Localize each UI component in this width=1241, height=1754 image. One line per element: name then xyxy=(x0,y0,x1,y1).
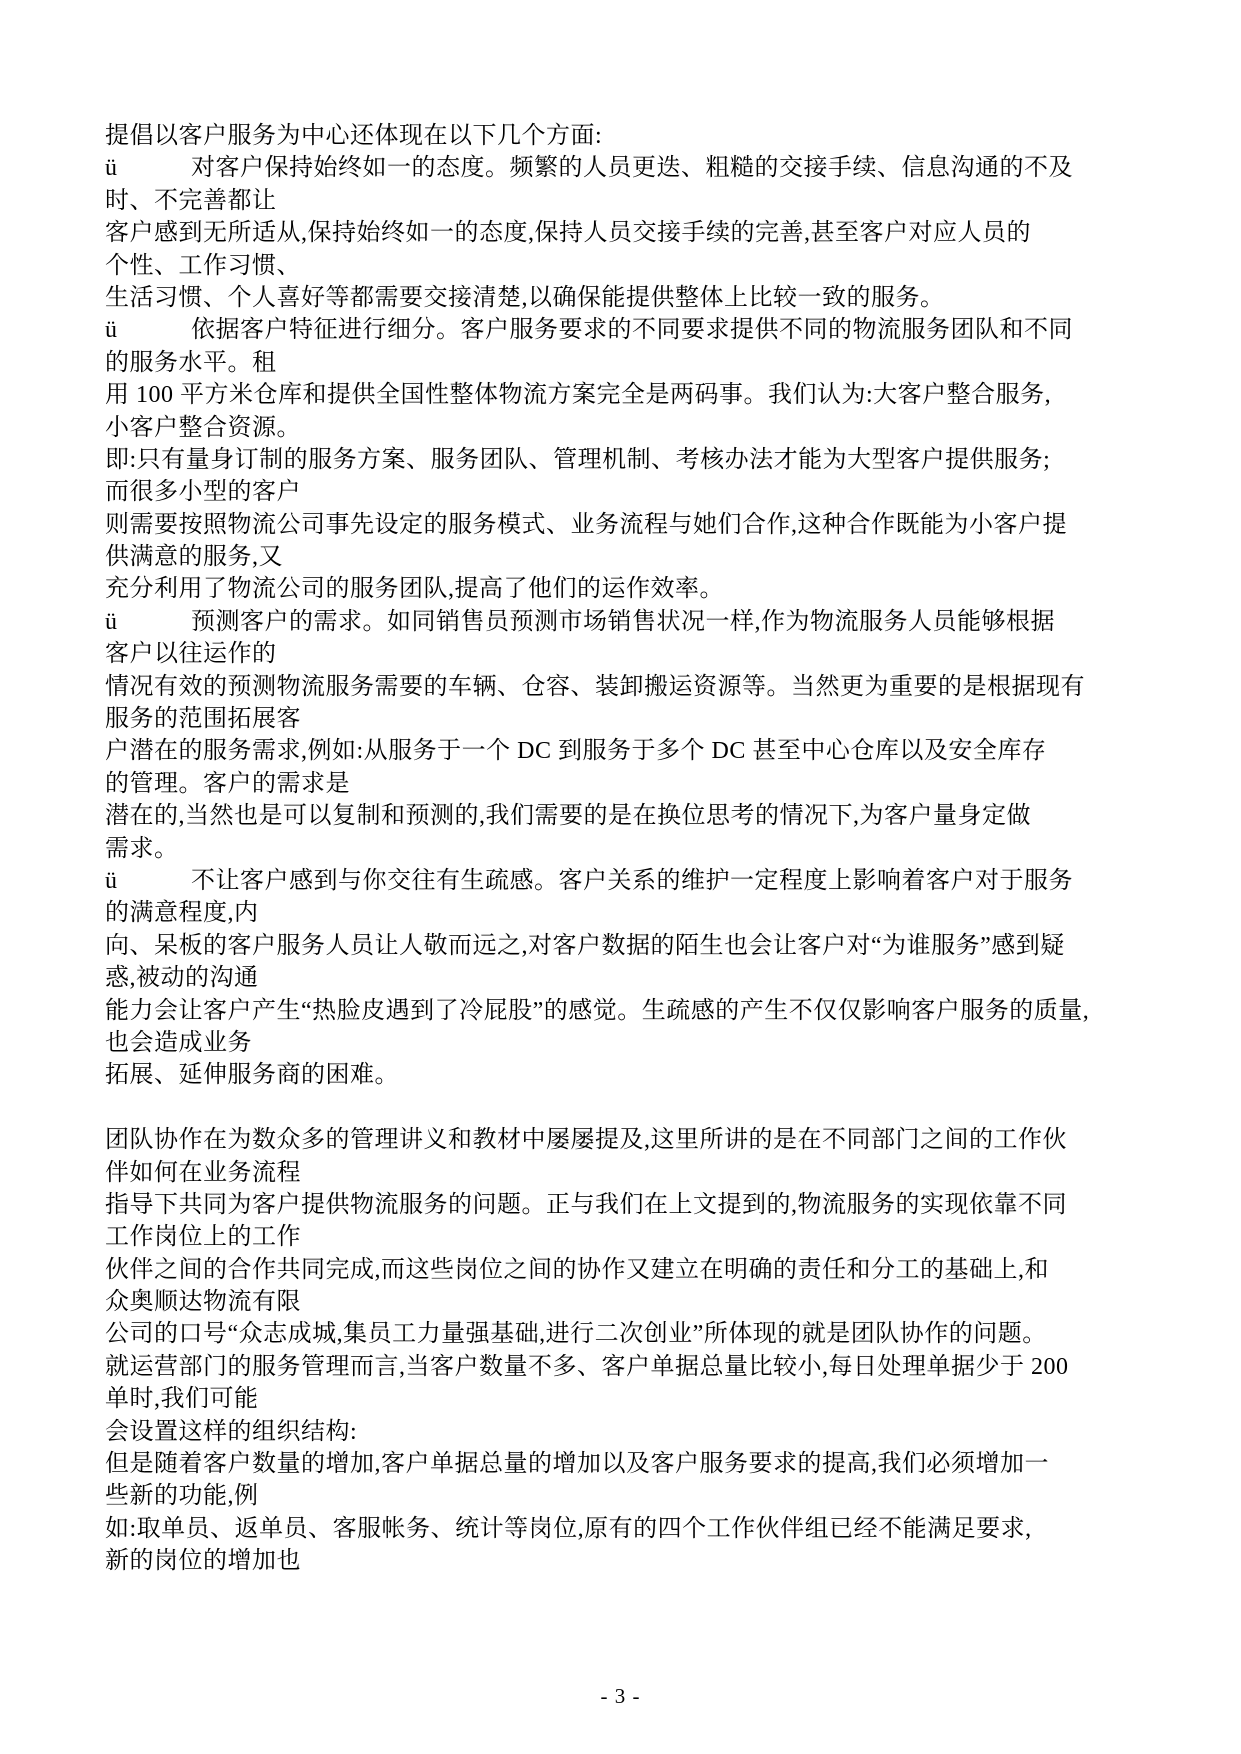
line-text: 提倡以客户服务为中心还体现在以下几个方面: xyxy=(105,123,602,149)
line-text: 潜在的,当然也是可以复制和预测的,我们需要的是在换位思考的情况下,为客户量身定做 xyxy=(105,803,1031,829)
line-text: 则需要按照物流公司事先设定的服务模式、业务流程与她们合作,这种合作既能为小客户提 xyxy=(105,512,1067,538)
text-line: 拓展、延伸服务商的困难。 xyxy=(105,1059,1145,1091)
text-line: 用 100 平方米仓库和提供全国性整体物流方案完全是两码事。我们认为:大客户整合… xyxy=(105,379,1145,411)
text-line: 客户感到无所适从,保持始终如一的态度,保持人员交接手续的完善,甚至客户对应人员的 xyxy=(105,217,1145,249)
text-line: 户潜在的服务需求,例如:从服务于一个 DC 到服务于多个 DC 甚至中心仓库以及… xyxy=(105,735,1145,767)
text-line: 即:只有量身订制的服务方案、服务团队、管理机制、考核办法才能为大型客户提供服务; xyxy=(105,444,1145,476)
line-text: 如:取单员、返单员、客服帐务、统计等岗位,原有的四个工作伙伴组已经不能满足要求, xyxy=(105,1516,1032,1542)
text-line: 情况有效的预测物流服务需要的车辆、仓容、装卸搬运资源等。当然更为重要的是根据现有 xyxy=(105,671,1145,703)
text-line: 个性、工作习惯、 xyxy=(105,250,1145,282)
line-text: 客户以往运作的 xyxy=(105,641,277,667)
line-text: 户潜在的服务需求,例如:从服务于一个 DC 到服务于多个 DC 甚至中心仓库以及… xyxy=(105,738,1046,764)
line-text: 伴如何在业务流程 xyxy=(105,1160,301,1186)
line-text: 生活习惯、个人喜好等都需要交接清楚,以确保能提供整体上比较一致的服务。 xyxy=(105,285,945,311)
text-line: 的服务水平。租 xyxy=(105,347,1145,379)
line-text: 会设置这样的组织结构: xyxy=(105,1419,357,1445)
text-line: 向、呆板的客户服务人员让人敬而远之,对客户数据的陌生也会让客户对“为谁服务”感到… xyxy=(105,930,1145,962)
line-text: 新的岗位的增加也 xyxy=(105,1548,301,1574)
line-text: 充分利用了物流公司的服务团队,提高了他们的运作效率。 xyxy=(105,576,724,602)
text-line: 新的岗位的增加也 xyxy=(105,1545,1145,1577)
text-line: 的管理。客户的需求是 xyxy=(105,768,1145,800)
line-text: 客户感到无所适从,保持始终如一的态度,保持人员交接手续的完善,甚至客户对应人员的 xyxy=(105,220,1031,246)
text-line: 服务的范围拓展客 xyxy=(105,703,1145,735)
page-number: - 3 - xyxy=(0,1684,1241,1709)
text-line: 客户以往运作的 xyxy=(105,638,1145,670)
line-text: 指导下共同为客户提供物流服务的问题。正与我们在上文提到的,物流服务的实现依靠不同 xyxy=(105,1192,1067,1218)
line-text: 个性、工作习惯、 xyxy=(105,253,301,279)
line-text: 团队协作在为数众多的管理讲义和教材中屡屡提及,这里所讲的是在不同部门之间的工作伙 xyxy=(105,1127,1067,1153)
text-line: 如:取单员、返单员、客服帐务、统计等岗位,原有的四个工作伙伴组已经不能满足要求, xyxy=(105,1513,1145,1545)
line-text: 些新的功能,例 xyxy=(105,1483,259,1509)
text-line: 时、不完善都让 xyxy=(105,185,1145,217)
line-text: 惑,被动的沟通 xyxy=(105,965,259,991)
bullet-line: ü依据客户特征进行细分。客户服务要求的不同要求提供不同的物流服务团队和不同 xyxy=(105,314,1145,346)
line-text: 但是随着客户数量的增加,客户单据总量的增加以及客户服务要求的提高,我们必须增加一 xyxy=(105,1451,1049,1477)
bullet-marker: ü xyxy=(105,865,191,897)
text-line: 工作岗位上的工作 xyxy=(105,1221,1145,1253)
line-text: 对客户保持始终如一的态度。频繁的人员更迭、粗糙的交接手续、信息沟通的不及 xyxy=(191,155,1073,181)
text-line: 但是随着客户数量的增加,客户单据总量的增加以及客户服务要求的提高,我们必须增加一 xyxy=(105,1448,1145,1480)
line-text: 依据客户特征进行细分。客户服务要求的不同要求提供不同的物流服务团队和不同 xyxy=(191,317,1073,343)
line-text: 用 100 平方米仓库和提供全国性整体物流方案完全是两码事。我们认为:大客户整合… xyxy=(105,382,1051,408)
text-line: 指导下共同为客户提供物流服务的问题。正与我们在上文提到的,物流服务的实现依靠不同 xyxy=(105,1189,1145,1221)
bullet-line: ü对客户保持始终如一的态度。频繁的人员更迭、粗糙的交接手续、信息沟通的不及 xyxy=(105,152,1145,184)
line-text: 情况有效的预测物流服务需要的车辆、仓容、装卸搬运资源等。当然更为重要的是根据现有 xyxy=(105,674,1085,700)
text-line: 则需要按照物流公司事先设定的服务模式、业务流程与她们合作,这种合作既能为小客户提 xyxy=(105,509,1145,541)
line-text: 的满意程度,内 xyxy=(105,900,259,926)
line-text: 即:只有量身订制的服务方案、服务团队、管理机制、考核办法才能为大型客户提供服务; xyxy=(105,447,1050,473)
bullet-marker: ü xyxy=(105,152,191,184)
text-line: 也会造成业务 xyxy=(105,1027,1145,1059)
text-line: 供满意的服务,又 xyxy=(105,541,1145,573)
text-line: 生活习惯、个人喜好等都需要交接清楚,以确保能提供整体上比较一致的服务。 xyxy=(105,282,1145,314)
text-line: 就运营部门的服务管理而言,当客户数量不多、客户单据总量比较小,每日处理单据少于 … xyxy=(105,1351,1145,1383)
bullet-line: ü不让客户感到与你交往有生疏感。客户关系的维护一定程度上影响着客户对于服务 xyxy=(105,865,1145,897)
line-text: 服务的范围拓展客 xyxy=(105,706,301,732)
bullet-marker: ü xyxy=(105,606,191,638)
text-line: 能力会让客户产生“热脸皮遇到了冷屁股”的感觉。生疏感的产生不仅仅影响客户服务的质… xyxy=(105,995,1145,1027)
line-text: 向、呆板的客户服务人员让人敬而远之,对客户数据的陌生也会让客户对“为谁服务”感到… xyxy=(105,933,1065,959)
line-text: 拓展、延伸服务商的困难。 xyxy=(105,1062,399,1088)
line-text: 的服务水平。租 xyxy=(105,350,277,376)
document-body: 提倡以客户服务为中心还体现在以下几个方面:ü对客户保持始终如一的态度。频繁的人员… xyxy=(105,120,1145,1578)
line-text: 工作岗位上的工作 xyxy=(105,1224,301,1250)
line-text: 而很多小型的客户 xyxy=(105,479,301,505)
text-line: 伴如何在业务流程 xyxy=(105,1157,1145,1189)
text-line: 充分利用了物流公司的服务团队,提高了他们的运作效率。 xyxy=(105,573,1145,605)
line-text: 伙伴之间的合作共同完成,而这些岗位之间的协作又建立在明确的责任和分工的基础上,和 xyxy=(105,1257,1049,1283)
text-line: 小客户整合资源。 xyxy=(105,412,1145,444)
line-text: 的管理。客户的需求是 xyxy=(105,771,350,797)
text-line: 潜在的,当然也是可以复制和预测的,我们需要的是在换位思考的情况下,为客户量身定做 xyxy=(105,800,1145,832)
text-line: 的满意程度,内 xyxy=(105,897,1145,929)
line-text: 公司的口号“众志成城,集员工力量强基础,进行二次创业”所体现的就是团队协作的问题… xyxy=(105,1321,1047,1347)
line-text: 预测客户的需求。如同销售员预测市场销售状况一样,作为物流服务人员能够根据 xyxy=(191,609,1055,635)
line-text: 也会造成业务 xyxy=(105,1030,252,1056)
text-line: 提倡以客户服务为中心还体现在以下几个方面: xyxy=(105,120,1145,152)
text-line: 公司的口号“众志成城,集员工力量强基础,进行二次创业”所体现的就是团队协作的问题… xyxy=(105,1318,1145,1350)
text-line: 团队协作在为数众多的管理讲义和教材中屡屡提及,这里所讲的是在不同部门之间的工作伙 xyxy=(105,1124,1145,1156)
line-text: 众奥顺达物流有限 xyxy=(105,1289,301,1315)
line-text: 时、不完善都让 xyxy=(105,188,277,214)
bullet-line: ü预测客户的需求。如同销售员预测市场销售状况一样,作为物流服务人员能够根据 xyxy=(105,606,1145,638)
line-text: 供满意的服务,又 xyxy=(105,544,283,570)
text-line: 需求。 xyxy=(105,833,1145,865)
line-text: 单时,我们可能 xyxy=(105,1386,259,1412)
line-text: 能力会让客户产生“热脸皮遇到了冷屁股”的感觉。生疏感的产生不仅仅影响客户服务的质… xyxy=(105,998,1089,1024)
text-line: 单时,我们可能 xyxy=(105,1383,1145,1415)
line-text: 需求。 xyxy=(105,836,179,862)
blank-line xyxy=(105,1092,1145,1124)
bullet-marker: ü xyxy=(105,314,191,346)
line-text: 小客户整合资源。 xyxy=(105,415,301,441)
text-line: 惑,被动的沟通 xyxy=(105,962,1145,994)
text-line: 伙伴之间的合作共同完成,而这些岗位之间的协作又建立在明确的责任和分工的基础上,和 xyxy=(105,1254,1145,1286)
line-text: 就运营部门的服务管理而言,当客户数量不多、客户单据总量比较小,每日处理单据少于 … xyxy=(105,1354,1069,1380)
document-page: 提倡以客户服务为中心还体现在以下几个方面:ü对客户保持始终如一的态度。频繁的人员… xyxy=(0,0,1241,1754)
text-line: 众奥顺达物流有限 xyxy=(105,1286,1145,1318)
text-line: 会设置这样的组织结构: xyxy=(105,1416,1145,1448)
text-line: 些新的功能,例 xyxy=(105,1480,1145,1512)
text-line: 而很多小型的客户 xyxy=(105,476,1145,508)
line-text: 不让客户感到与你交往有生疏感。客户关系的维护一定程度上影响着客户对于服务 xyxy=(191,868,1073,894)
